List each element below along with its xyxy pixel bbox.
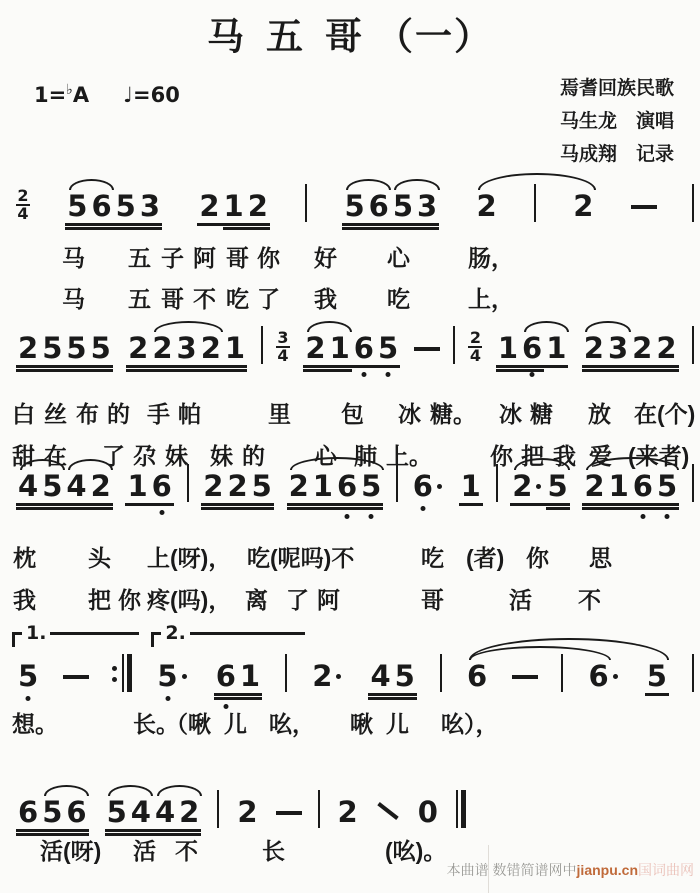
note-digit: 1 <box>223 332 247 364</box>
credit-singer: 马生龙 演唱 <box>560 105 674 138</box>
flat-sign: ♭ <box>66 82 73 98</box>
repeat-thin-bar <box>122 654 124 692</box>
final-barline <box>456 790 466 828</box>
note-digit: 0 <box>416 796 440 828</box>
note-digit: 6 <box>214 660 238 692</box>
lyric-syllable: 阿 <box>193 240 216 273</box>
lyric-syllable: 枕 <box>13 540 36 573</box>
note-digit: 2 <box>310 660 334 692</box>
beam-line <box>125 503 173 506</box>
note-digit: 4 <box>16 470 40 502</box>
lyric-syllable: 白 <box>12 396 35 429</box>
lyric-syllable: 不 <box>175 833 198 866</box>
slur-arc <box>478 173 596 190</box>
tempo-marking: ♩=60 <box>123 83 180 107</box>
note-digit: 5 <box>645 660 669 692</box>
beam-line <box>342 223 439 226</box>
note-digit: 5 <box>64 332 88 364</box>
note-digit: 1 <box>328 332 352 364</box>
note-digit: 5 <box>65 190 89 222</box>
note-digit: 6 <box>586 660 610 692</box>
lyric-syllable: 哥 <box>226 240 249 273</box>
music-system-3: 454216225216561252165 <box>16 462 694 502</box>
credit-transcriber: 马成翔 记录 <box>560 138 674 171</box>
barline <box>396 464 398 502</box>
note-group: 2 <box>310 660 345 692</box>
beam-line <box>201 503 274 506</box>
half-note-dash <box>631 205 657 209</box>
lyric-syllable: 五 <box>128 281 151 314</box>
note-digit: 5 <box>250 470 274 502</box>
duration-dot <box>336 674 341 679</box>
note-digit: 5 <box>376 332 400 364</box>
beam-line <box>303 365 400 368</box>
note-group: 656 <box>16 796 89 828</box>
lyric-syllable: 阿 <box>317 582 340 615</box>
note-group: 45 <box>368 660 416 692</box>
repeat-dots <box>112 666 117 682</box>
note-digit: 1 <box>544 332 568 364</box>
key-letter: A <box>73 83 89 107</box>
lyric-syllable: 吆）， <box>441 706 499 739</box>
lyric-syllable: 五 <box>128 240 151 273</box>
beam-line <box>16 503 113 506</box>
note-digit: 3 <box>138 190 162 222</box>
note-group: 0 <box>416 796 440 828</box>
note-digit: 5 <box>393 660 417 692</box>
note-digit: 1 <box>607 470 631 502</box>
beam-line <box>368 697 416 700</box>
beam-line <box>510 503 569 506</box>
beam-line <box>16 369 113 372</box>
beam-line <box>582 369 679 372</box>
lyric-row: 想。长。（啾儿吆，啾儿吆）， <box>0 706 700 734</box>
note-digit: 2 <box>197 190 221 222</box>
song-title: 马五哥（一） <box>0 6 700 60</box>
beam-line <box>582 507 679 510</box>
note-digit: 6 <box>89 190 113 222</box>
beam-line-partial <box>546 507 570 510</box>
note-digit: 2 <box>225 470 249 502</box>
key-and-tempo: 1=♭A♩=60 <box>34 82 180 107</box>
note-digit: 6 <box>367 190 391 222</box>
beam-line <box>197 223 270 226</box>
note-digit: 2 <box>303 332 327 364</box>
low-octave-dot <box>665 514 670 519</box>
duration-dot <box>536 484 541 489</box>
lyric-syllable: （啾 <box>165 706 211 739</box>
time-signature-numerator: 2 <box>17 189 28 203</box>
song-title-main: 马五哥 <box>207 16 384 57</box>
note-group: 1 <box>459 470 483 502</box>
beam-line <box>287 507 384 510</box>
note-digit: 5 <box>655 470 679 502</box>
slur-arc <box>469 638 670 660</box>
barline <box>285 654 287 692</box>
lyric-row: 白丝布的手帕里包冰糖。冰糖放在(个) <box>0 396 700 424</box>
barline <box>187 464 189 502</box>
beam-line-partial <box>223 227 270 230</box>
beam-line <box>16 829 89 832</box>
note-group: 4542 <box>16 470 113 502</box>
lyric-syllable: 心 <box>387 240 410 273</box>
note-digit: 5 <box>391 190 415 222</box>
note-digit: 5 <box>155 660 179 692</box>
lyric-syllable: 子 <box>161 240 184 273</box>
lyric-syllable: 吆， <box>269 706 315 739</box>
lyric-syllable: 吃(呢吗)不 <box>247 540 354 573</box>
time-signature-denominator: 4 <box>17 207 28 221</box>
lyric-row: 马五子阿哥你好心肠， <box>0 240 700 268</box>
slur-arc <box>157 785 202 796</box>
slur-arc <box>154 321 223 332</box>
beam-line-partial <box>303 369 351 372</box>
low-octave-dot <box>361 372 366 377</box>
note-digit: 6 <box>64 796 88 828</box>
beam-line <box>105 829 202 832</box>
beam-line <box>65 223 162 226</box>
time-signature-denominator: 4 <box>277 349 288 363</box>
note-digit: 6 <box>465 660 489 692</box>
note-digit: 2 <box>654 332 678 364</box>
slur-arc <box>44 785 89 796</box>
note-digit: 5 <box>114 190 138 222</box>
music-system-1: 245653212565322 <box>16 182 694 222</box>
lyric-syllable: 不 <box>578 582 601 615</box>
lyric-syllable: 冰 <box>398 396 421 429</box>
note-digit: 6 <box>352 332 376 364</box>
note-digit: 5 <box>342 190 366 222</box>
note-digit: 2 <box>16 332 40 364</box>
lyric-syllable: 马 <box>62 240 85 273</box>
lyric-syllable: 手 <box>147 396 170 429</box>
lyric-syllable: 冰 <box>499 396 522 429</box>
low-octave-dot <box>345 514 350 519</box>
lyric-row: 枕头上(呀)，吃(呢吗)不吃(者)你思 <box>0 540 700 568</box>
lyric-syllable: 好 <box>314 240 337 273</box>
note-group: 5653 <box>65 190 162 222</box>
low-octave-dot <box>165 696 170 701</box>
lyric-syllable: 吃 <box>387 281 410 314</box>
barline <box>453 326 455 364</box>
beam-line <box>582 503 679 506</box>
lyric-syllable: 肠， <box>468 240 514 273</box>
time-signature-numerator: 2 <box>470 331 481 345</box>
lyric-syllable: (者) <box>466 540 504 573</box>
note-digit: 2 <box>510 470 534 502</box>
note-digit: 1 <box>311 470 335 502</box>
volta-bracket: 1. <box>12 632 139 647</box>
beam-line <box>126 369 247 372</box>
duration-dot <box>613 674 618 679</box>
music-system-5: 6565442220 <box>16 788 694 828</box>
beam-line <box>582 365 679 368</box>
note-group: 6 <box>586 660 621 692</box>
lyric-syllable: 你 <box>118 582 141 615</box>
note-group: 61 <box>214 660 262 692</box>
note-group: 2 <box>336 796 360 828</box>
note-group: 2165 <box>582 470 679 502</box>
barline <box>305 184 307 222</box>
lyric-syllable: 马 <box>62 281 85 314</box>
lyric-row: 我把你疼(吗)，离了阿哥活不 <box>0 582 700 610</box>
half-note-dash <box>512 675 538 679</box>
note-group: 22321 <box>126 332 247 364</box>
lyric-syllable: 糖 <box>530 396 553 429</box>
music-system-2: 255522321342165241612322 <box>16 324 694 364</box>
beam-line <box>496 365 569 368</box>
downward-slide-mark <box>377 802 398 820</box>
site-watermark: 本曲谱 数错简谱网中jianpu.cn国词曲网 <box>447 860 694 880</box>
lyric-syllable: 头 <box>88 540 111 573</box>
note-digit: 6 <box>16 796 40 828</box>
beam-line <box>16 365 113 368</box>
note-digit: 4 <box>129 796 153 828</box>
slur-arc <box>108 785 153 796</box>
note-digit: 5 <box>359 470 383 502</box>
lyric-syllable: 里 <box>268 396 291 429</box>
note-group: 2165 <box>303 332 400 364</box>
lyric-row: 马五哥不吃了我吃上， <box>0 281 700 309</box>
note-digit: 3 <box>415 190 439 222</box>
low-octave-dot <box>159 510 164 515</box>
note-digit: 6 <box>150 470 174 502</box>
note-group: 5653 <box>342 190 439 222</box>
note-group: 16 <box>125 470 173 502</box>
lyric-syllable: 疼(吗)， <box>147 582 231 615</box>
lyric-syllable: 包 <box>341 396 364 429</box>
repeat-thick-bar <box>127 654 132 692</box>
lyric-syllable: 我 <box>13 582 36 615</box>
duration-dot <box>437 484 442 489</box>
lyric-syllable: 吃 <box>421 540 444 573</box>
beam-line-partial <box>496 369 544 372</box>
note-group: 225 <box>201 470 274 502</box>
note-group: 25 <box>510 470 569 502</box>
beam-line <box>214 697 262 700</box>
note-digit: 2 <box>201 470 225 502</box>
beam-line <box>65 227 162 230</box>
beam-line <box>214 693 262 696</box>
barline <box>440 654 442 692</box>
note-digit: 2 <box>474 190 498 222</box>
slur-arc <box>346 179 391 190</box>
barline <box>496 464 498 502</box>
time-signature: 34 <box>276 331 290 363</box>
note-digit: 3 <box>175 332 199 364</box>
repeat-dot <box>112 666 117 671</box>
barline <box>318 790 320 828</box>
beam-line <box>287 503 384 506</box>
note-digit: 1 <box>459 470 483 502</box>
key-prefix: 1= <box>34 83 66 107</box>
watermark-text: 本曲谱 数错简谱网中 <box>447 862 577 878</box>
lyric-syllable: 思 <box>589 540 612 573</box>
time-signature: 24 <box>16 189 30 221</box>
note-group: 6 <box>411 470 446 502</box>
note-digit: 2 <box>246 190 270 222</box>
barline <box>692 326 694 364</box>
lyric-syllable: 你 <box>257 240 280 273</box>
lyric-syllable: 哥 <box>421 582 444 615</box>
lyric-syllable: (吆)。 <box>385 833 446 866</box>
note-group: 161 <box>496 332 569 364</box>
repeat-end-sign <box>112 654 132 692</box>
barline <box>692 654 694 692</box>
note-group: 2322 <box>582 332 679 364</box>
lyric-syllable: 儿 <box>224 706 247 739</box>
half-note-dash <box>63 675 89 679</box>
note-digit: 3 <box>606 332 630 364</box>
note-digit: 5 <box>40 796 64 828</box>
lyric-syllable: 哥 <box>161 281 184 314</box>
low-octave-dot <box>640 514 645 519</box>
barline <box>261 326 263 364</box>
lyric-syllable: 啾 <box>350 706 373 739</box>
note-digit: 2 <box>582 470 606 502</box>
low-octave-dot <box>530 372 535 377</box>
lyric-syllable: 想。 <box>12 706 58 739</box>
note-group: 2555 <box>16 332 113 364</box>
note-digit: 5 <box>40 470 64 502</box>
note-digit: 1 <box>496 332 520 364</box>
note-digit: 5 <box>545 470 569 502</box>
sheet-music-page: 马五哥（一） 1=♭A♩=60 焉耆回族民歌 马生龙 演唱 马成翔 记录 本曲谱… <box>0 0 700 893</box>
lyric-row: 活(呀)活不长(吆)。 <box>0 833 700 861</box>
slur-arc <box>394 179 439 190</box>
credits: 焉耆回族民歌 马生龙 演唱 马成翔 记录 <box>560 72 674 171</box>
note-group: 212 <box>197 190 270 222</box>
note-digit: 5 <box>40 332 64 364</box>
lyric-syllable: 离 <box>245 582 268 615</box>
low-octave-dot <box>420 506 425 511</box>
note-digit: 1 <box>125 470 149 502</box>
lyric-syllable: 布 <box>76 396 99 429</box>
credit-origin: 焉耆回族民歌 <box>560 72 674 105</box>
note-digit: 2 <box>89 470 113 502</box>
note-digit: 1 <box>238 660 262 692</box>
low-octave-dot <box>26 696 31 701</box>
slur-arc <box>585 321 630 332</box>
duration-dot <box>182 674 187 679</box>
lyric-syllable: 吃 <box>226 281 249 314</box>
note-digit: 2 <box>126 332 150 364</box>
note-group: 5 <box>645 660 669 692</box>
note-digit: 2 <box>235 796 259 828</box>
note-digit: 2 <box>630 332 654 364</box>
final-thick-bar <box>461 790 466 828</box>
lyric-syllable: 活 <box>133 833 156 866</box>
low-octave-dot <box>369 514 374 519</box>
beam-line <box>368 693 416 696</box>
lyric-syllable: 在(个) <box>634 396 695 429</box>
note-digit: 2 <box>287 470 311 502</box>
note-group: 2 <box>474 190 498 222</box>
note-digit: 5 <box>105 796 129 828</box>
note-group: 2 <box>571 190 595 222</box>
note-digit: 5 <box>89 332 113 364</box>
watermark-site-url: jianpu.cn <box>577 862 638 878</box>
barline <box>217 790 219 828</box>
note-group: 5 <box>155 660 190 692</box>
note-digit: 5 <box>16 660 40 692</box>
lyric-syllable: 活(呀) <box>40 833 101 866</box>
time-signature: 24 <box>468 331 482 363</box>
lyric-syllable: 儿 <box>386 706 409 739</box>
lyric-syllable: 上， <box>468 281 514 314</box>
note-digit: 6 <box>335 470 359 502</box>
beam-line <box>645 693 669 696</box>
volta-bracket: 2. <box>151 632 305 647</box>
lyric-syllable: 丝 <box>44 396 67 429</box>
note-digit: 2 <box>199 332 223 364</box>
slur-arc <box>307 321 352 332</box>
half-note-dash <box>276 811 302 815</box>
song-title-number: （一） <box>376 16 493 57</box>
beam-line <box>126 365 247 368</box>
beam-line <box>201 507 274 510</box>
beam-line <box>342 227 439 230</box>
final-thin-bar <box>456 790 458 828</box>
lyric-syllable: 长 <box>262 833 285 866</box>
note-group: 5 <box>16 660 40 692</box>
beam-line <box>459 503 483 506</box>
repeat-dot <box>112 677 117 682</box>
lyric-syllable: 你 <box>526 540 549 573</box>
note-digit: 2 <box>336 796 360 828</box>
lyric-syllable: 活 <box>509 582 532 615</box>
slur-arc <box>524 321 569 332</box>
lyric-syllable: 我 <box>314 281 337 314</box>
music-system-4: 55612456651.2. <box>16 652 694 692</box>
note-digit: 4 <box>64 470 88 502</box>
beam-line <box>16 507 113 510</box>
note-digit: 2 <box>571 190 595 222</box>
lyric-syllable: 帕 <box>178 396 201 429</box>
watermark-text-faint: 国词曲网 <box>638 862 694 878</box>
volta-label: 1. <box>22 622 50 644</box>
volta-label: 2. <box>161 622 189 644</box>
note-digit: 4 <box>153 796 177 828</box>
lyric-syllable: 上(呀)， <box>147 540 231 573</box>
note-group: 6 <box>465 660 489 692</box>
lyric-syllable: 的 <box>107 396 130 429</box>
low-octave-dot <box>386 372 391 377</box>
note-digit: 2 <box>582 332 606 364</box>
barline <box>692 464 694 502</box>
note-group: 2 <box>235 796 259 828</box>
note-digit: 2 <box>177 796 201 828</box>
time-signature-numerator: 3 <box>277 331 288 345</box>
lyric-syllable: 放 <box>588 396 611 429</box>
note-digit: 4 <box>368 660 392 692</box>
lyric-syllable: 了 <box>286 582 309 615</box>
lyric-syllable: 糖。 <box>430 396 476 429</box>
slur-arc <box>69 179 114 190</box>
note-digit: 1 <box>222 190 246 222</box>
barline <box>692 184 694 222</box>
time-signature-denominator: 4 <box>470 349 481 363</box>
lyric-syllable: 把 <box>88 582 111 615</box>
lyric-syllable: 了 <box>257 281 280 314</box>
note-digit: 6 <box>411 470 435 502</box>
lyric-syllable: 不 <box>193 281 216 314</box>
half-note-dash <box>414 347 440 351</box>
note-digit: 6 <box>520 332 544 364</box>
note-digit: 6 <box>631 470 655 502</box>
note-group: 5442 <box>105 796 202 828</box>
note-group: 2165 <box>287 470 384 502</box>
